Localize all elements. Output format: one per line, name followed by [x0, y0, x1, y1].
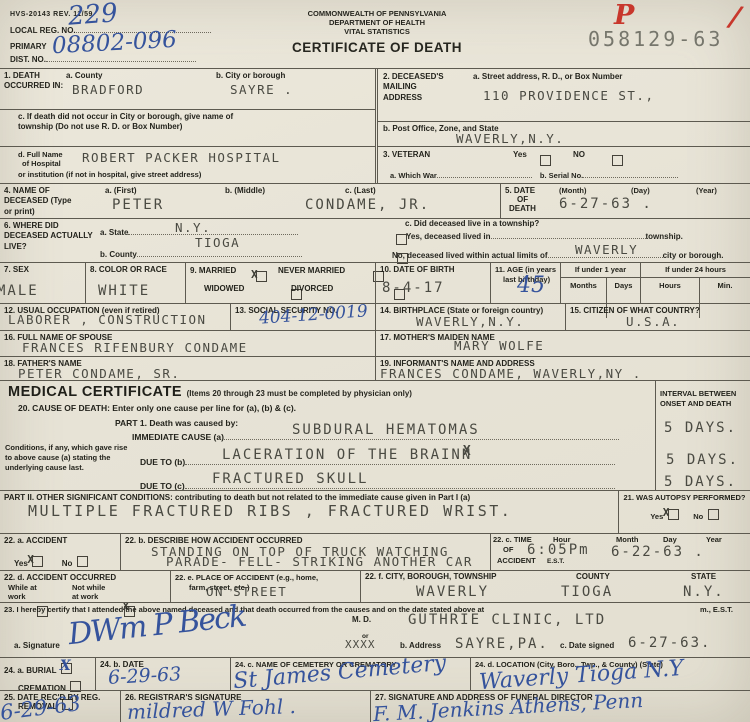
med-subtitle: (Items 20 through 23 must be completed b…	[187, 389, 412, 398]
s11-u1-label: If under 1 year	[561, 263, 640, 278]
section-10: 10. DATE OF BIRTH 8-4-17	[375, 263, 490, 303]
s22a-no-checkbox[interactable]	[77, 556, 88, 567]
s9-married-check: X	[251, 268, 258, 281]
s14-value: WAVERLY,N.Y.	[416, 315, 524, 328]
section-1ab: 1. DEATH OCCURRED IN: a. County BRADFORD…	[0, 69, 375, 109]
s6c-yes-row: Yes, deceased lived intownship.	[406, 229, 683, 241]
s24a-label: 24. a. BURIAL	[4, 666, 56, 675]
s23-sig-label: a. Signature	[14, 641, 60, 651]
certificate-number-stamp: 058129-63	[588, 27, 723, 51]
s22e-value: ON STREET	[206, 585, 287, 598]
s3-yes-checkbox[interactable]	[540, 155, 551, 166]
s7-value: MALE	[0, 284, 81, 299]
section-5: 5. DATE OF DEATH (Month) (Day) (Year) 6-…	[500, 184, 750, 218]
s23-date-value: 6-27-63.	[628, 636, 711, 651]
s6c-label: c. Did deceased live in a township?	[405, 219, 539, 229]
s9-married-label: 9. MARRIED	[190, 266, 236, 276]
s1b-label: b. City or borough	[216, 71, 293, 81]
s3-war-label: a. Which War	[390, 171, 437, 180]
section-1-2-3: 1. DEATH OCCURRED IN: a. County BRADFORD…	[0, 68, 750, 183]
s10-label: 10. DATE OF BIRTH	[380, 265, 486, 275]
section-22d: 22. d. ACCIDENT OCCURRED While at work N…	[0, 571, 170, 602]
section-9: 9. MARRIED X NEVER MARRIED WIDOWED DIVOR…	[185, 263, 375, 303]
red-p-mark: P	[614, 0, 634, 31]
s6-label: 6. WHERE DID DECEASED ACTUALLY LIVE?	[4, 221, 96, 252]
s24-burial-checkbox[interactable]: X	[61, 663, 72, 674]
s5-label3: DEATH	[509, 204, 536, 214]
s1a: a. County BRADFORD	[66, 71, 216, 107]
s4c-label: c. (Last)	[345, 186, 376, 196]
s6-label-cell: 6. WHERE DID DECEASED ACTUALLY LIVE?	[0, 219, 100, 262]
s1-label: 1. DEATH OCCURRED IN:	[4, 71, 66, 107]
s6a-value: N.Y.	[175, 221, 211, 234]
agency-block: COMMONWEALTH OF PENNSYLVANIA DEPARTMENT …	[268, 9, 486, 55]
cause-b-value: LACERATION OF THE BRAIN	[222, 447, 462, 463]
s23-date-label: c. Date signed	[560, 641, 614, 651]
s22a-yes-checkbox[interactable]: X	[32, 556, 43, 567]
section-24b: 24. b. DATE 6-29-63	[95, 658, 230, 690]
s4b-label: b. (Middle)	[225, 186, 265, 196]
section-22a: 22. a. ACCIDENT Yes X No	[0, 534, 120, 570]
s22b-line2: PARADE- FELL- STRIKING ANOTHER CAR	[166, 555, 473, 568]
s2a-label: a. Street address, R. D., or Box Number	[473, 72, 622, 82]
s3-serial-label: b. Serial No.	[540, 171, 583, 180]
s1a-label: a. County	[66, 71, 216, 81]
primary-label: PRIMARY	[10, 42, 47, 51]
s4c-value: CONDAME, JR.	[305, 198, 430, 213]
s9-widowed-label: WIDOWED	[204, 284, 244, 294]
strike-x: X	[463, 445, 473, 459]
section-25: 25. DATE REC'D BY REG. 6-29-63	[0, 691, 120, 722]
s11-u24-label: If under 24 hours	[641, 263, 750, 278]
s22c-label1: 22. c. TIME	[493, 535, 532, 545]
s22c-date-value: 6-22-63 .	[611, 545, 705, 560]
s6c-no-label: No, deceased lived within actual limits …	[392, 251, 548, 260]
section-2-3: 2. DECEASED'S MAILING ADDRESS a. Street …	[375, 69, 750, 183]
section-26: 26. REGISTRAR'S SIGNATURE mildred W Fohl…	[120, 691, 370, 722]
s9-married-checkbox[interactable]: X	[256, 271, 267, 282]
interval-c: 5 DAYS.	[664, 475, 737, 490]
s22f-state-value: N.Y.	[683, 585, 725, 600]
section-22e: 22. e. PLACE OF ACCIDENT (e.g., home, fa…	[170, 571, 360, 602]
s21-no-checkbox[interactable]	[708, 509, 719, 520]
s22a-answers: Yes X No	[14, 553, 116, 571]
section-3: 3. VETERAN Yes NO a. Which War b. Serial…	[378, 146, 750, 184]
s3-no-label: NO	[573, 150, 585, 159]
section-16: 16. FULL NAME OF SPOUSE FRANCES RIFENBUR…	[0, 331, 375, 356]
s22f-value: WAVERLY	[416, 585, 489, 600]
due-b-label: DUE TO (b)	[140, 457, 185, 467]
s12-value: LABORER , CONSTRUCTION	[8, 313, 207, 326]
s1d-label2: of Hospital	[22, 159, 61, 169]
section-15: 15. CITIZEN OF WHAT COUNTRY? U.S.A.	[565, 304, 750, 330]
part2-value: MULTIPLE FRACTURED RIBS , FRACTURED WRIS…	[28, 504, 512, 520]
s6-c-cell: c. Did deceased live in a township? Yes,…	[360, 219, 750, 262]
s22e-label1: 22. e. PLACE OF ACCIDENT (e.g., home,	[175, 573, 356, 583]
death-certificate-document: HVS-20143 REV. 11/59 LOCAL REG. NO. 229 …	[0, 0, 750, 722]
s3-label: 3. VETERAN	[383, 150, 430, 160]
section-12: 12. USUAL OCCUPATION (even if retired) L…	[0, 304, 230, 330]
section-16-17: 16. FULL NAME OF SPOUSE FRANCES RIFENBUR…	[0, 330, 750, 356]
s2-label: 2. DECEASED'S MAILING ADDRESS	[383, 72, 453, 103]
med-left: MEDICAL CERTIFICATE (Items 20 through 23…	[0, 381, 655, 490]
cause-a-value: SUBDURAL HEMATOMAS	[292, 423, 480, 438]
med-title-row: MEDICAL CERTIFICATE (Items 20 through 23…	[8, 383, 412, 401]
dept-line2: DEPARTMENT OF HEALTH	[268, 18, 486, 27]
s6b-label: b. County	[100, 250, 137, 259]
header: HVS-20143 REV. 11/59 LOCAL REG. NO. 229 …	[0, 0, 750, 68]
s1d-label3: or institution (if not in hospital, give…	[18, 170, 201, 180]
s5-year-label: (Year)	[696, 186, 717, 195]
red-slash-mark: /	[728, 0, 743, 34]
s11-under1yr: If under 1 year Months Days	[560, 263, 640, 303]
s22a-yes-label: Yes	[14, 559, 28, 568]
s23-md-label: M. D.	[352, 615, 371, 625]
s2b-value: WAVERLY,N.Y.	[456, 132, 564, 145]
section-22c: 22. c. TIME OF ACCIDENT Hour Month Day Y…	[490, 534, 750, 570]
s1a-value: BRADFORD	[72, 83, 216, 96]
s8-value: WHITE	[98, 284, 181, 299]
section-22abc: 22. a. ACCIDENT Yes X No 22. b. DESCRIBE…	[0, 533, 750, 570]
section-1c: c. If death did not occur in City or bor…	[0, 109, 375, 146]
s3-yes-label: Yes	[513, 150, 527, 159]
s6a-label: a. State	[100, 228, 128, 237]
section-6: 6. WHERE DID DECEASED ACTUALLY LIVE? a. …	[0, 218, 750, 262]
conditions-note: Conditions, if any, which gave rise to a…	[5, 443, 130, 472]
s22c-year-label: Year	[706, 535, 722, 545]
section-14: 14. BIRTHPLACE (State or foreign country…	[375, 304, 565, 330]
s21-no-label: No	[693, 512, 703, 521]
s23-mest: m., E.S.T.	[700, 605, 733, 615]
s22a-label: 22. a. ACCIDENT	[4, 536, 116, 546]
section-12-15: 12. USUAL OCCUPATION (even if retired) L…	[0, 303, 750, 330]
s23-xxxx: XXXX	[345, 639, 376, 651]
section-1d: d. Full Name of Hospital ROBERT PACKER H…	[0, 146, 375, 184]
s22f-label: 22. f. CITY, BOROUGH, TOWNSHIP	[365, 572, 496, 582]
s6c-yes-line	[491, 229, 646, 239]
s22f-county-label: COUNTY	[576, 572, 610, 582]
s18-value: PETER CONDAME, SR.	[18, 367, 180, 380]
s7-label: 7. SEX	[4, 265, 81, 275]
s21-yes-label: Yes	[650, 512, 663, 521]
s21-answers: Yes X No	[623, 506, 746, 524]
section-18: 18. FATHER'S NAME PETER CONDAME, SR.	[0, 357, 375, 380]
s6b-value: TIOGA	[195, 236, 240, 249]
s1c-label: c. If death did not occur in City or bor…	[4, 112, 248, 133]
cause-c-value: FRACTURED SKULL	[212, 472, 368, 487]
s17-value: MARY WOLFE	[454, 339, 544, 352]
med-title: MEDICAL CERTIFICATE	[8, 384, 182, 400]
section-18-19: 18. FATHER'S NAME PETER CONDAME, SR. 19.…	[0, 356, 750, 380]
section-7-11: 7. SEX MALE 8. COLOR OR RACE WHITE 9. MA…	[0, 262, 750, 303]
s21-yes-checkbox[interactable]: X	[668, 509, 679, 520]
section-24c: 24. c. NAME OF CEMETERY OR CREMATORY St …	[230, 658, 470, 690]
med-interval-col: INTERVAL BETWEEN ONSET AND DEATH 5 DAYS.…	[655, 381, 750, 490]
cause-b-struck-wrap: NX	[462, 447, 472, 463]
s5-value: 6-27-63 .	[559, 197, 653, 212]
s3-serial-line	[583, 168, 678, 178]
s21-label: 21. WAS AUTOPSY PERFORMED?	[623, 493, 746, 503]
section-2b: b. Post Office, Zone, and State WAVERLY,…	[378, 121, 750, 146]
s11-value: 45	[517, 275, 545, 297]
s22f-county-value: TIOGA	[561, 585, 613, 600]
s20-label: 20. CAUSE OF DEATH: Enter only one cause…	[18, 403, 296, 414]
dist-label: DIST. NO.	[10, 55, 46, 64]
section-24d: 24. d. LOCATION (City, Boro., Twp., & Co…	[470, 658, 750, 690]
s2a-value: 110 PROVIDENCE ST.,	[483, 89, 655, 102]
s4a-value: PETER	[112, 198, 164, 213]
part2-autopsy: PART II. OTHER SIGNIFICANT CONDITIONS: c…	[0, 490, 750, 533]
s15-value: U.S.A.	[626, 315, 680, 328]
s22c-est-label: E.S.T.	[547, 558, 564, 566]
s9-never-label: NEVER MARRIED	[278, 266, 345, 276]
s3-no-checkbox[interactable]	[612, 155, 623, 166]
s22d-notwhile-label2: at work	[72, 592, 98, 602]
part2: PART II. OTHER SIGNIFICANT CONDITIONS: c…	[0, 491, 618, 533]
s11-under24h: If under 24 hours Hours Min.	[640, 263, 750, 303]
s24b-value: 6-29-63	[108, 665, 182, 688]
s6c-no-suffix: city or borough.	[663, 251, 724, 260]
s22c-label2: OF	[503, 545, 513, 555]
s24-burial-check: X	[60, 658, 71, 674]
s16-value: FRANCES RIFENBURY CONDAME	[22, 341, 248, 354]
s6a-line	[128, 225, 298, 235]
section-24a: 24. a. BURIAL X CREMATION REMOVAL	[0, 658, 95, 690]
section-13: 13. SOCIAL SECURITY NO. 404-12-0019	[230, 304, 375, 330]
s5-month-label: (Month)	[559, 186, 586, 195]
dept-line3: VITAL STATISTICS	[268, 27, 486, 36]
s22f-state-label: STATE	[691, 572, 716, 582]
section-24: 24. a. BURIAL X CREMATION REMOVAL 24. b.…	[0, 657, 750, 690]
s6c-yes-suffix: township.	[646, 232, 683, 241]
section-25-27: 25. DATE REC'D BY REG. 6-29-63 26. REGIS…	[0, 690, 750, 722]
s13-value: 404-12-0019	[259, 303, 369, 328]
document-title: CERTIFICATE OF DEATH	[268, 40, 486, 55]
section-7: 7. SEX MALE	[0, 263, 85, 303]
interval-a: 5 DAYS.	[664, 421, 737, 436]
s22d-while-label2: work	[8, 592, 26, 602]
section-23: 23. I hereby certify that I attended the…	[0, 602, 750, 657]
section-19: 19. INFORMANT'S NAME AND ADDRESS FRANCES…	[375, 357, 750, 380]
interval-label: INTERVAL BETWEEN ONSET AND DEATH	[660, 389, 746, 409]
cause-b-value-wrap: LACERATION OF THE BRAINNX	[222, 448, 472, 463]
s4-label: 4. NAME OF DECEASED (Type or print)	[4, 186, 74, 217]
s19-value: FRANCES CONDAME, WAVERLY,NY .	[380, 367, 642, 380]
section-21: 21. WAS AUTOPSY PERFORMED? Yes X No	[618, 491, 750, 533]
section-27: 27. SIGNATURE AND ADDRESS OF FUNERAL DIR…	[370, 691, 750, 722]
section-2a: 2. DECEASED'S MAILING ADDRESS a. Street …	[378, 69, 750, 121]
s26-value: mildred W Fohl .	[127, 696, 296, 722]
s3-war-row: a. Which War b. Serial No.	[390, 168, 678, 180]
s23-addr-label: b. Address	[400, 641, 441, 651]
dept-line1: COMMONWEALTH OF PENNSYLVANIA	[268, 9, 486, 18]
s22c-time-value: 6:05Pm	[527, 543, 590, 558]
s1b-value: SAYRE .	[230, 83, 293, 96]
s22a-no-label: No	[62, 559, 73, 568]
s10-value: 8-4-17	[382, 281, 486, 296]
section-11: 11. AGE (in years last birthday) 45	[490, 263, 560, 303]
s24c-value: St James Cemetery	[232, 653, 447, 694]
section-4-5: 4. NAME OF DECEASED (Type or print) a. (…	[0, 183, 750, 218]
s23-clinic-value: GUTHRIE CLINIC, LTD	[408, 613, 606, 628]
s23-cell: 23. I hereby certify that I attended the…	[0, 603, 750, 657]
section-22f: 22. f. CITY, BOROUGH, TOWNSHIP COUNTY ST…	[360, 571, 750, 602]
s17-label: 17. MOTHER'S MAIDEN NAME	[380, 333, 746, 343]
section-8: 8. COLOR OR RACE WHITE	[85, 263, 185, 303]
s3-war-line	[437, 168, 532, 178]
medical-certificate: MEDICAL CERTIFICATE (Items 20 through 23…	[0, 380, 750, 490]
s21-yes-check: X	[663, 506, 670, 519]
s8-label: 8. COLOR OR RACE	[90, 265, 181, 275]
s5-day-label: (Day)	[631, 186, 650, 195]
s6c-yes-label: Yes, deceased lived in	[406, 232, 491, 241]
immediate-cause-label: IMMEDIATE CAUSE (a)	[132, 432, 224, 442]
s9-divorced-label: DIVORCED	[291, 284, 333, 294]
section-1: 1. DEATH OCCURRED IN: a. County BRADFORD…	[0, 69, 375, 183]
s1b: b. City or borough SAYRE .	[216, 71, 293, 107]
s22a-yes-check: X	[27, 553, 34, 566]
s6c-no-value: WAVERLY	[575, 243, 638, 256]
s4a-label: a. (First)	[105, 186, 137, 196]
section-22b: 22. b. DESCRIBE HOW ACCIDENT OCCURRED ST…	[120, 534, 490, 570]
part1-label: PART 1. Death was caused by:	[115, 418, 238, 429]
interval-b: 5 DAYS.	[666, 453, 739, 468]
s22d-label: 22. d. ACCIDENT OCCURRED	[4, 573, 166, 583]
s23-addr-value: SAYRE,PA.	[455, 637, 549, 652]
local-reg-value: 229	[67, 0, 118, 29]
s6-ab-cell: a. State N.Y. b. County TIOGA	[100, 219, 360, 262]
s6c-no-row: No, deceased lived within actual limits …	[392, 248, 723, 260]
section-4: 4. NAME OF DECEASED (Type or print) a. (…	[0, 184, 500, 218]
section-22def: 22. d. ACCIDENT OCCURRED While at work N…	[0, 570, 750, 602]
section-17: 17. MOTHER'S MAIDEN NAME MARY WOLFE	[375, 331, 750, 356]
s1d-value: ROBERT PACKER HOSPITAL	[82, 151, 281, 164]
